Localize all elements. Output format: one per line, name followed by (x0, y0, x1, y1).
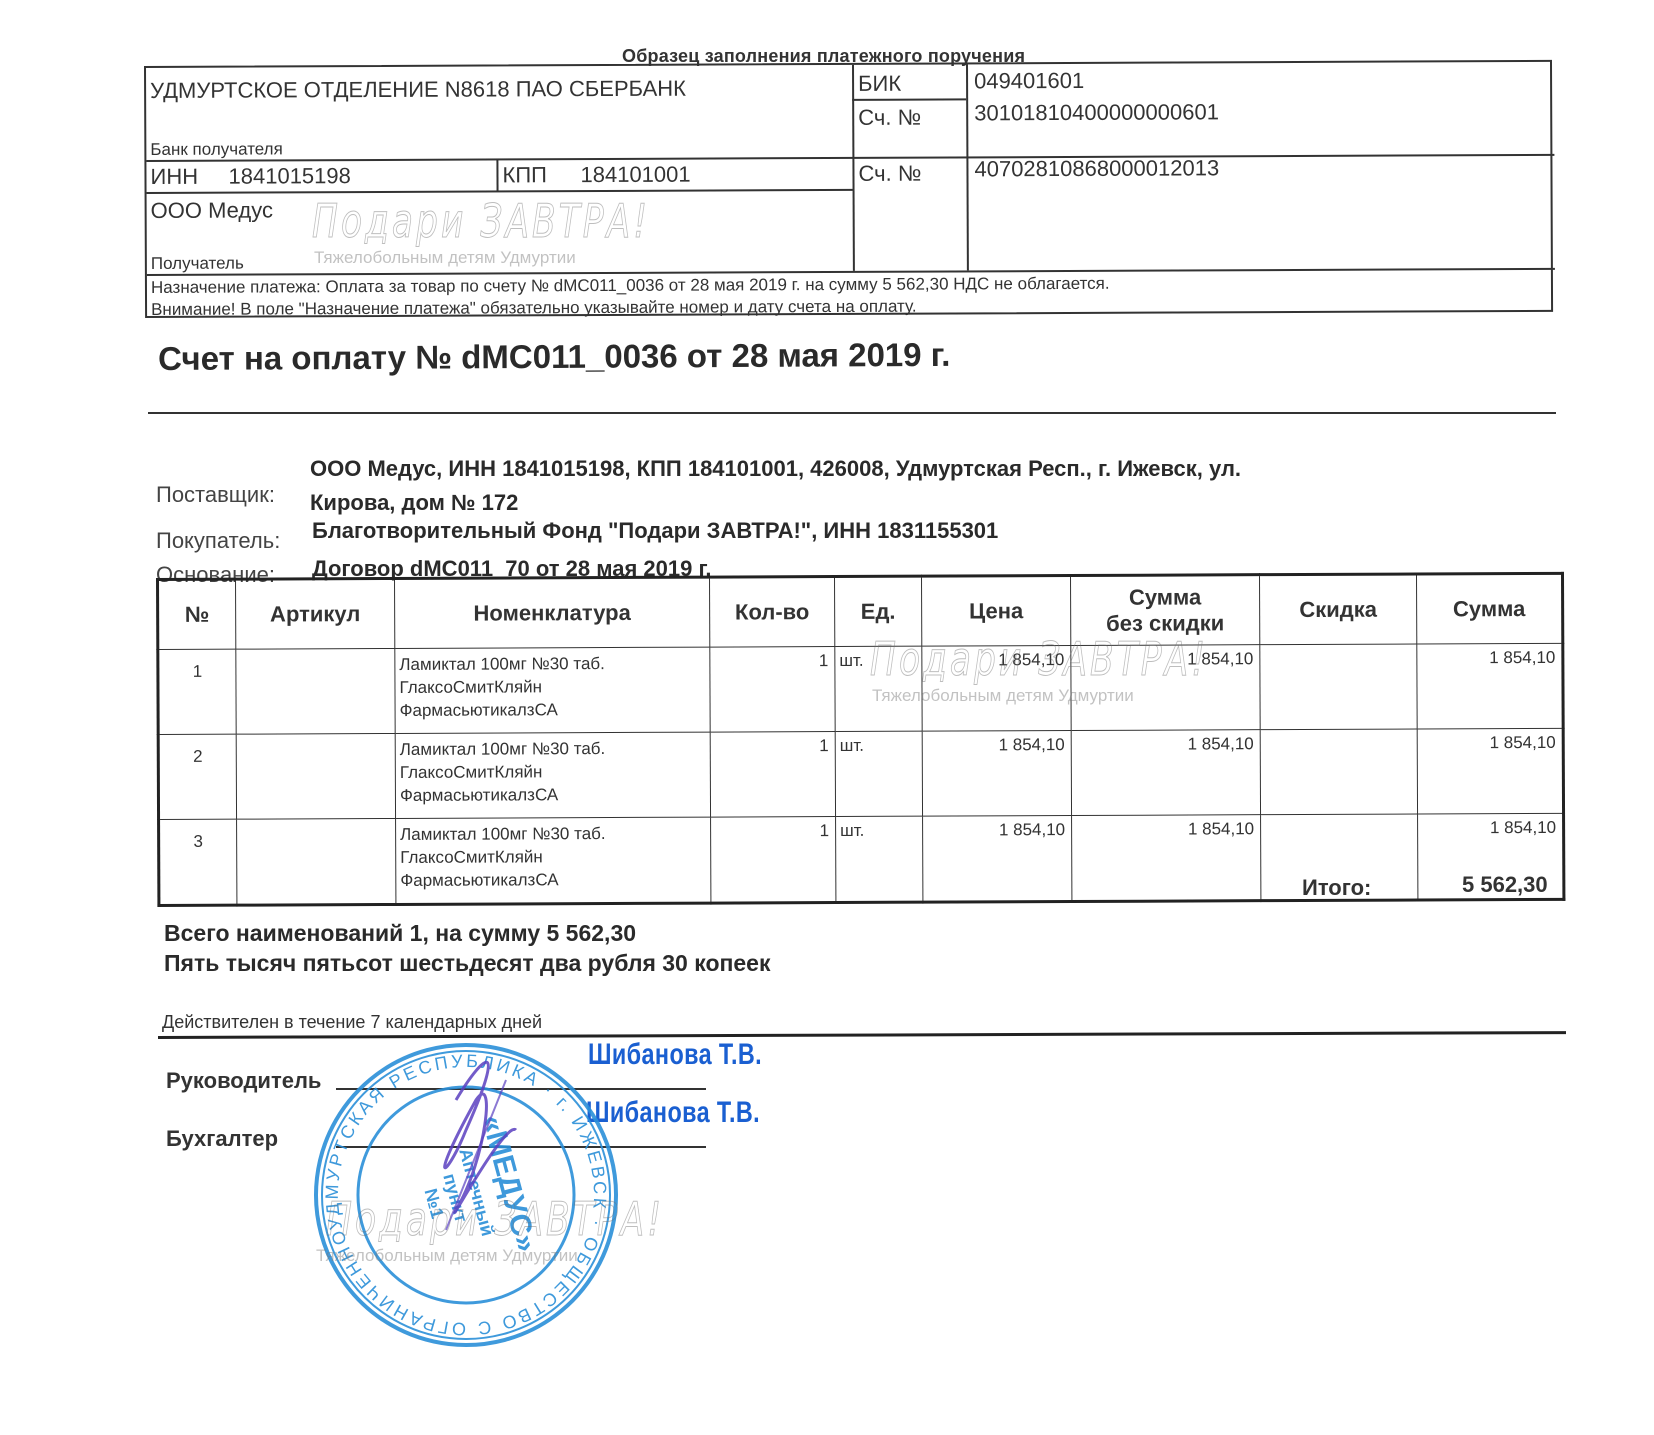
header-name: Номенклатура (395, 577, 710, 648)
cell-unit: шт. (835, 731, 922, 816)
recipient-caption: Получатель (151, 254, 244, 274)
payment-purpose: Назначение платежа: Оплата за товар по с… (151, 274, 1110, 298)
cell-no: 1 (158, 649, 236, 734)
cell-name: Ламиктал 100мг №30 таб.ГлаксоСмитКляйнФа… (395, 732, 710, 818)
supplier-label: Поставщик: (156, 482, 275, 508)
total-value: 5 562,30 (1462, 872, 1548, 898)
cell-sum: 1 854,10 (1417, 643, 1563, 729)
cell-no: 3 (159, 819, 237, 905)
table-row: 1Ламиктал 100мг №30 таб.ГлаксоСмитКляйнФ… (158, 643, 1563, 734)
cell-price: 1 854,10 (922, 731, 1071, 817)
cell-article (237, 818, 396, 905)
account-value: 40702810868000012013 (974, 155, 1219, 182)
cell-no: 2 (158, 734, 236, 819)
recipient-name: ООО Медус (151, 197, 273, 224)
corr-account-value: 30101810400000000601 (974, 99, 1219, 126)
header-discount: Скидка (1259, 574, 1416, 645)
account-label: Сч. № (858, 161, 921, 187)
payment-attention: Внимание! В поле "Назначение платежа" об… (151, 297, 917, 320)
cell-unit: шт. (835, 646, 922, 731)
accountant-label: Бухгалтер (166, 1126, 278, 1152)
header-sum-no-discount: Сумма без скидки (1070, 575, 1259, 646)
supplier-value-line2: Кирова, дом № 172 (310, 490, 518, 516)
table-header-row: № Артикул Номенклатура Кол-во Ед. Цена С… (158, 573, 1563, 649)
cell-price: 1 854,10 (922, 646, 1071, 732)
validity-note: Действителен в течение 7 календарных дне… (162, 1012, 542, 1033)
supplier-value-line1: ООО Медус, ИНН 1841015198, КПП 184101001… (310, 456, 1241, 482)
corr-account-label: Сч. № (858, 105, 921, 131)
buyer-value: Благотворительный Фонд "Подари ЗАВТРА!",… (312, 518, 998, 544)
total-label: Итого: (1302, 875, 1371, 901)
inn-label: ИНН (150, 164, 198, 190)
invoice-title: Счет на оплату № dMC011_0036 от 28 мая 2… (158, 336, 950, 378)
inn-value: 1841015198 (228, 163, 350, 190)
bik-label: БИК (858, 71, 901, 97)
cell-article (236, 648, 395, 734)
kpp-value: 184101001 (580, 162, 690, 188)
cell-qty: 1 (711, 817, 836, 904)
items-table: № Артикул Номенклатура Кол-во Ед. Цена С… (156, 572, 1565, 907)
divider (146, 154, 1554, 162)
cell-discount (1260, 644, 1417, 730)
cell-sum-no-discount: 1 854,10 (1072, 815, 1261, 902)
divider (966, 64, 968, 270)
bank-details-box: УДМУРТСКОЕ ОТДЕЛЕНИЕ N8618 ПАО СБЕРБАНК … (144, 60, 1553, 318)
cell-name: Ламиктал 100мг №30 таб.ГлаксоСмитКляйнФа… (395, 647, 710, 733)
cell-qty: 1 (710, 647, 835, 733)
header-unit: Ед. (835, 576, 922, 646)
cell-sum: 1 854,10 (1417, 728, 1563, 814)
company-stamp-icon: УДМУРТСКАЯ РЕСПУБЛИКА · г. ИЖЕВСК · ОБЩЕ… (306, 1040, 626, 1350)
cell-price: 1 854,10 (923, 816, 1072, 903)
header-no: № (158, 579, 236, 649)
kpp-label: КПП (502, 162, 547, 188)
summary-words: Пять тысяч пятьсот шестьдесят два рубля … (164, 950, 770, 977)
director-label: Руководитель (166, 1068, 321, 1094)
cell-article (236, 733, 395, 819)
divider (852, 65, 854, 271)
header-price: Цена (921, 576, 1070, 647)
bank-name: УДМУРТСКОЕ ОТДЕЛЕНИЕ N8618 ПАО СБЕРБАНК (150, 76, 686, 104)
table-row: 2Ламиктал 100мг №30 таб.ГлаксоСмитКляйнФ… (158, 728, 1563, 819)
cell-unit: шт. (836, 816, 923, 902)
title-divider (148, 412, 1556, 414)
cell-discount (1260, 729, 1417, 815)
divider (147, 189, 853, 194)
header-article: Артикул (236, 578, 395, 649)
buyer-label: Покупатель: (156, 528, 280, 554)
bank-caption: Банк получателя (150, 139, 283, 160)
divider (852, 98, 966, 100)
header-qty: Кол-во (710, 577, 835, 648)
cell-sum-no-discount: 1 854,10 (1071, 645, 1260, 731)
header-sum: Сумма (1416, 573, 1562, 644)
cell-sum-no-discount: 1 854,10 (1071, 730, 1260, 816)
cell-qty: 1 (710, 732, 835, 818)
divider (496, 158, 498, 190)
summary-count: Всего наименований 1, на сумму 5 562,30 (164, 920, 636, 947)
cell-name: Ламиктал 100мг №30 таб.ГлаксоСмитКляйнФа… (396, 817, 711, 904)
bik-value: 049401601 (974, 68, 1084, 94)
